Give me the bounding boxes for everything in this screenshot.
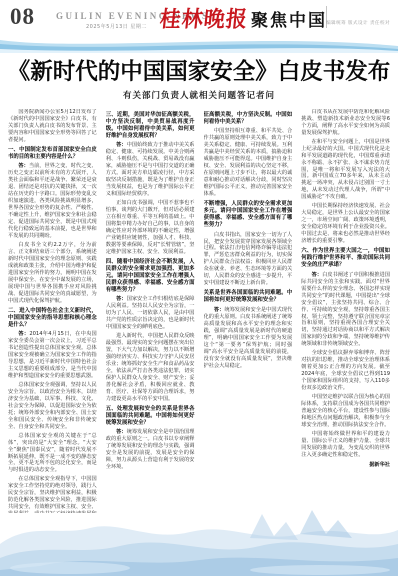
- news-column: 三、近期，美国对华加征高额关税，中方坚决反制，中美贸易战再度升级。中国如何看待中…: [106, 109, 195, 513]
- body-paragraph: 在和平与安全问题上，中国是世界上纪录最好的大国。中国式现代化是走和平发展道路的现…: [301, 139, 390, 202]
- body-paragraph: 中国坚定维护以联合国为核心的国际体系，支持联合国成为各国共同维护普遍安全的核心平…: [301, 394, 390, 429]
- body-paragraph: 进入新时代，中国把人民群众反映最强烈、最现实的安全问题摆在突出位置，下大气力加以…: [106, 333, 195, 403]
- question-heading: 五、处理发展和安全的关系是世界各国面临的共同难题。中国将如何更好统筹发展和安全？: [106, 406, 195, 427]
- body-paragraph: 白皮书指出，国家安全一切为了人民，把安全发展贯穿国家发展各领域全过程。依法打击电…: [204, 232, 293, 288]
- article-body: 国务院新闻办公室5月12日发布了《新时代的中国国家安全》白皮书，有关部门负责人就…: [8, 109, 390, 513]
- body-paragraph: 总体国家安全观强调，坚持以人民安全为宗旨，以政治安全为根本，以经济安全为基础，以…: [8, 382, 97, 431]
- body-paragraph: 答：当前，世界之变、时代之变、历史之变正以前所未有的方式展开，人类社会面临和平还…: [8, 163, 97, 240]
- sub-headline: 有关部门负责人就相关问题答记者问: [0, 89, 398, 101]
- question-heading: 一、中国制定发布首部国家安全白皮书的目的和主要内容是什么？: [8, 147, 97, 161]
- body-paragraph: 白皮书从在发展中防范和化解风险挑战、塑造新技术新业态安全发展等6个方面，阐释了高…: [301, 109, 390, 137]
- question-heading: 六、作为世界主要大国之一，中国如何践行维护世界和平、推动国际共同安全的庄严承诺？: [301, 248, 390, 269]
- question-heading: 三、近期，美国对华加征高额关税，中方坚决反制，中美贸易战再度升级。中国如何看待中…: [106, 112, 195, 140]
- body-paragraph: 正如白皮书强调，中国不惹事也不怕事，谈判的大门敞开，但对话必须建立在相互尊重、平…: [106, 200, 195, 256]
- question-heading: 四、随着中国经济社会不断发展，人民群众的安全需求更加强烈、更加多元。请问中国国家…: [106, 259, 195, 294]
- question-heading-continued: 关系是世界各国面临的共同难题。中国将如何更好统筹发展和安全？: [204, 290, 293, 304]
- staff-credits: 编辑统筹 版式设计 责任校对: [326, 20, 390, 26]
- page-header: 08 GUILIN EVENING NEWS 2025年5月13日 星期二 桂林…: [8, 4, 390, 34]
- body-paragraph: 答：国家安全工作归根结底是保障人民利益。坚持以人民安全为宗旨，一切为了人民、一切…: [106, 296, 195, 331]
- news-column: 国务院新闻办公室5月12日发布了《新时代的中国国家安全》白皮书，有关部门负责人就…: [8, 109, 97, 513]
- masthead-chinese-logo: 桂林晚报: [158, 2, 249, 34]
- body-paragraph: 中国坚持相互尊重、和平共处、合作共赢的原则处理中美关系，致力于中美关系稳定、健康…: [204, 128, 293, 198]
- question-heading: 二、进入中国特色社会主义新时代，中国国家安全的指导思想和核心理念是什么？: [8, 308, 97, 329]
- news-column: 白皮书从在发展中防范和化解风险挑战、塑造新技术新业态安全发展等6个方面，阐释了高…: [301, 109, 390, 513]
- body-paragraph: 总体国家安全观的关键在于“总体”，突出的是“大安全”理念。“大安全”聚焦“国泰民…: [8, 433, 97, 475]
- body-paragraph: 答：统筹发展和安全是中国式现代化的重大原则。白皮书系统阐述了统筹高质量发展和高水…: [204, 307, 293, 370]
- body-paragraph: 答：2014年4月15日，在中央国家安全委员会第一次会议上，习近平总书记创造性提…: [8, 331, 97, 380]
- date-line: 2025年5月13日 星期二: [86, 23, 147, 30]
- body-paragraph: 中国将始终做世界和平的建设力量、国际公平正义的维护力量、全球共同发展的推动力量，…: [301, 431, 390, 459]
- wave-graphic: [0, 37, 398, 53]
- body-paragraph: 全球安全倡议摒弃零和博弈、阵营对抗的旧思维，推动全球安全治理体系朝着更加公正合理…: [301, 350, 390, 392]
- source-byline: 据新华社: [301, 462, 390, 469]
- body-paragraph: 中国长期保持经济快速发展、社会大局稳定，是世界上公认最安全的国家之一，市场空间广…: [301, 203, 390, 245]
- news-column: 征高额关税，中方坚决反制。中国如何看待中美关系？中国坚持相互尊重、和平共处、合作…: [204, 109, 293, 513]
- question-heading-continued: 不断增强，人民群众的安全需求更加多元。请问中国国家安全工作在增强获得感、幸福感、…: [204, 201, 293, 229]
- masthead-wave-decoration: [0, 37, 398, 53]
- page-number: 08: [10, 4, 35, 30]
- section-title: 聚焦中国: [251, 6, 327, 31]
- newspaper-page: { "header": { "page_number": "08", "mast…: [0, 0, 398, 576]
- main-headline: 《新时代的中国国家安全》白皮书发布: [0, 60, 398, 85]
- body-paragraph: 答：统筹发展和安全是中国治国理政的重大原则之一。白皮书以专章阐释了统筹发展和安全…: [106, 429, 195, 471]
- body-paragraph: 在总体国家安全观指导下，中国国家安全工作坚持党的绝对领导，践行人民安全宗旨，坚决…: [8, 476, 97, 512]
- body-paragraph: 答：中国始终致力于推动中美关系稳定、健康、可持续发展。中美合则两利、斗则俱伤，关…: [106, 142, 195, 198]
- body-paragraph: 白皮书全文约2.2万字，分为前言、正文和结束语三个部分，系统阐述新时代中国国家安…: [8, 242, 97, 305]
- body-paragraph: 国务院新闻办公室5月12日发布了《新时代的中国国家安全》白皮书，有关部门负责人就…: [8, 109, 97, 144]
- question-heading-continued: 征高额关税，中方坚决反制。中国如何看待中美关系？: [204, 112, 293, 126]
- headline-block: 《新时代的中国国家安全》白皮书发布 有关部门负责人就相关问题答记者问: [0, 60, 398, 101]
- body-paragraph: 答：白皮书阐述了中国积极推进国际共同安全的主张和实践。面对“世界需要什么样的安全…: [301, 272, 390, 349]
